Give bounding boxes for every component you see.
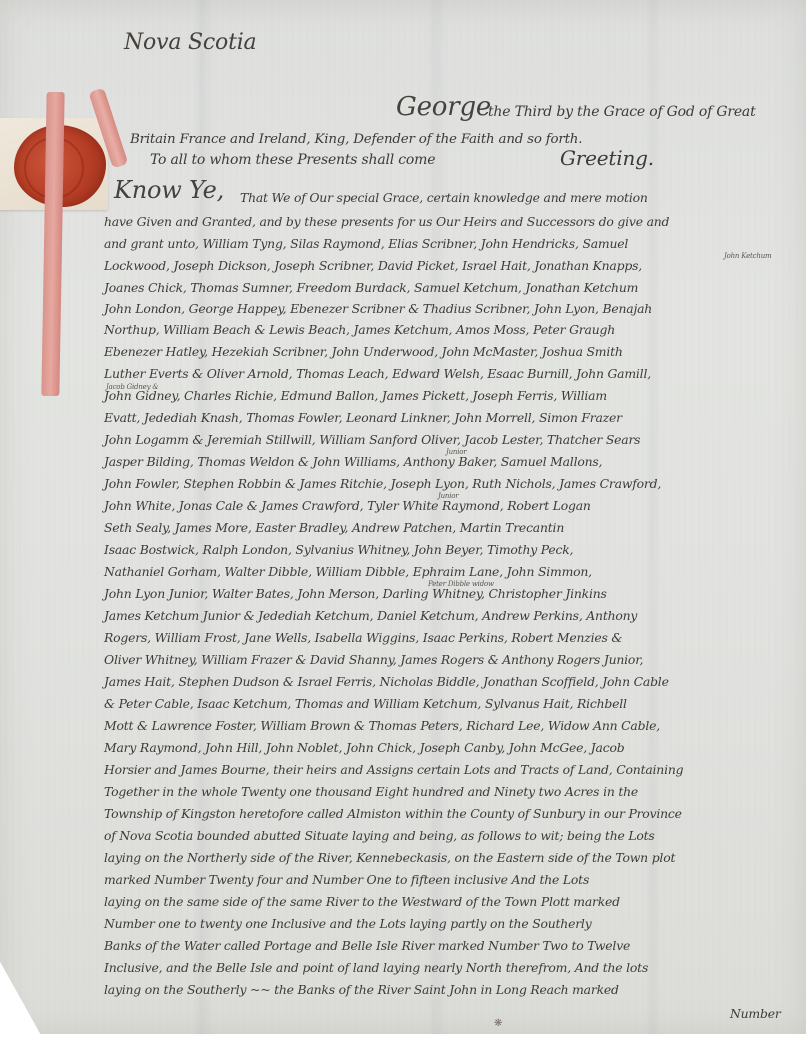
- body-line: Evatt, Jedediah Knash, Thomas Fowler, Le…: [104, 410, 622, 425]
- body-line: & Peter Cable, Isaac Ketchum, Thomas and…: [104, 696, 627, 711]
- body-line: Northup, William Beach & Lewis Beach, Ja…: [104, 322, 615, 337]
- interlineation: Jacob Gidney &: [106, 383, 158, 391]
- interlineation: John Ketchum: [724, 252, 771, 260]
- body-line: Isaac Bostwick, Ralph London, Sylvanius …: [104, 542, 573, 557]
- body-line: John Gidney, Charles Richie, Edmund Ball…: [104, 388, 607, 403]
- body-line: Rogers, William Frost, Jane Wells, Isabe…: [104, 630, 622, 645]
- body-line: John Lyon Junior, Walter Bates, John Mer…: [104, 586, 607, 601]
- know-ye-lead: Know Ye,: [114, 176, 224, 204]
- body-line: Together in the whole Twenty one thousan…: [104, 784, 638, 799]
- body-line: Inclusive, and the Belle Isle and point …: [104, 960, 648, 975]
- body-line: Mary Raymond, John Hill, John Noblet, Jo…: [104, 740, 624, 755]
- body-line: Banks of the Water called Portage and Be…: [104, 938, 630, 953]
- interlineation: Junior: [446, 448, 466, 456]
- body-line: of Nova Scotia bounded abutted Situate l…: [104, 828, 655, 843]
- document-heading: Nova Scotia: [124, 30, 256, 55]
- address-line: To all to whom these Presents shall come: [150, 152, 435, 168]
- interlineation: Junior: [438, 492, 458, 500]
- interlineation: Peter Dibble widow: [428, 580, 494, 588]
- body-line: Horsier and James Bourne, their heirs an…: [104, 762, 683, 777]
- body-line: Number one to twenty one Inclusive and t…: [104, 916, 592, 931]
- body-line: Joanes Chick, Thomas Sumner, Freedom Bur…: [104, 280, 638, 295]
- body-line: have Given and Granted, and by these pre…: [104, 214, 669, 229]
- body-line: laying on the same side of the same Rive…: [104, 894, 620, 909]
- sovereign-title: the Third by the Grace of God of Great: [488, 104, 756, 120]
- body-line: James Hait, Stephen Dudson & Israel Ferr…: [104, 674, 669, 689]
- catchword: Number: [730, 1006, 781, 1021]
- body-line: and grant unto, William Tyng, Silas Raym…: [104, 236, 628, 251]
- body-line: James Ketchum Junior & Jedediah Ketchum,…: [104, 608, 637, 623]
- realm-line: Britain France and Ireland, King, Defend…: [130, 132, 582, 147]
- know-ye-text: That We of Our special Grace, certain kn…: [240, 190, 648, 205]
- sovereign-name: George: [396, 92, 491, 122]
- body-line: John London, George Happey, Ebenezer Scr…: [104, 301, 652, 316]
- body-line: Nathaniel Gorham, Walter Dibble, William…: [104, 564, 592, 579]
- body-line: laying on the Northerly side of the Rive…: [104, 850, 675, 865]
- greeting-word: Greeting.: [560, 146, 654, 170]
- body-line: Ebenezer Hatley, Hezekiah Scribner, John…: [104, 344, 623, 359]
- body-line: John Fowler, Stephen Robbin & James Ritc…: [104, 476, 661, 491]
- body-line: Township of Kingston heretofore called A…: [104, 806, 682, 821]
- body-line: Mott & Lawrence Foster, William Brown & …: [104, 718, 660, 733]
- body-line: Seth Sealy, James More, Easter Bradley, …: [104, 520, 564, 535]
- ink-smudge: ❋: [494, 1018, 502, 1029]
- body-line: Lockwood, Joseph Dickson, Joseph Scribne…: [104, 258, 642, 273]
- body-line: marked Number Twenty four and Number One…: [104, 872, 589, 887]
- body-line: laying on the Southerly ~~ the Banks of …: [104, 982, 619, 997]
- body-line: Jasper Bilding, Thomas Weldon & John Wil…: [104, 454, 602, 469]
- body-line: Luther Everts & Oliver Arnold, Thomas Le…: [104, 366, 651, 381]
- body-line: John Logamm & Jeremiah Stillwill, Willia…: [104, 432, 640, 447]
- body-line: Oliver Whitney, William Frazer & David S…: [104, 652, 643, 667]
- body-line: John White, Jonas Cale & James Crawford,…: [104, 498, 591, 513]
